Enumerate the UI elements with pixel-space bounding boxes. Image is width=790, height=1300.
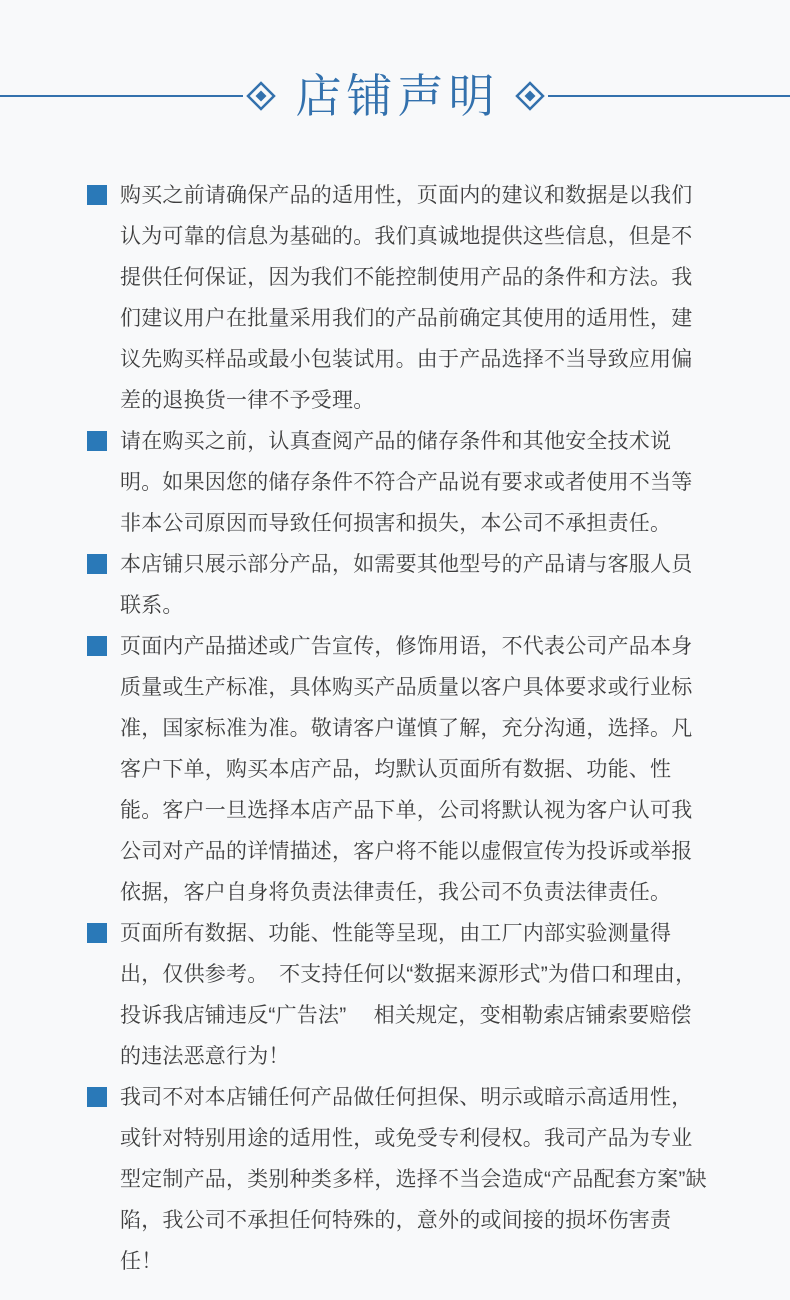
header-rule-left — [0, 95, 243, 98]
header: 店铺声明 — [0, 63, 790, 129]
statement-list: 购买之前请确保产品的适用性，页面内的建议和数据是以我们认为可靠的信息为基础的。我… — [0, 129, 790, 1282]
bullet-square-icon — [87, 1087, 107, 1107]
statement-text: 我司不对本店铺任何产品做任何担保、明示或暗示高适用性，或针对特别用途的适用性，或… — [120, 1077, 712, 1282]
bullet-square-icon — [87, 636, 107, 656]
header-rule-right — [548, 95, 790, 98]
statement-item: 本店铺只展示部分产品，如需要其他型号的产品请与客服人员联系。 — [87, 544, 712, 626]
bullet-square-icon — [87, 554, 107, 574]
page-title: 店铺声明 — [279, 64, 512, 128]
statement-item: 购买之前请确保产品的适用性，页面内的建议和数据是以我们认为可靠的信息为基础的。我… — [87, 175, 712, 421]
bullet-square-icon — [87, 923, 107, 943]
statement-item: 我司不对本店铺任何产品做任何担保、明示或暗示高适用性，或针对特别用途的适用性，或… — [87, 1077, 712, 1282]
diamond-left-icon — [245, 80, 277, 112]
diamond-right-icon — [514, 80, 546, 112]
statement-text: 本店铺只展示部分产品，如需要其他型号的产品请与客服人员联系。 — [120, 544, 712, 626]
statement-text: 页面内产品描述或广告宣传，修饰用语，不代表公司产品本身质量或生产标准，具体购买产… — [120, 626, 712, 913]
statement-text: 购买之前请确保产品的适用性，页面内的建议和数据是以我们认为可靠的信息为基础的。我… — [120, 175, 712, 421]
statement-text: 请在购买之前，认真查阅产品的储存条件和其他安全技术说明。如果因您的储存条件不符合… — [120, 421, 712, 544]
statement-item: 请在购买之前，认真查阅产品的储存条件和其他安全技术说明。如果因您的储存条件不符合… — [87, 421, 712, 544]
bullet-square-icon — [87, 431, 107, 451]
statement-item: 页面内产品描述或广告宣传，修饰用语，不代表公司产品本身质量或生产标准，具体购买产… — [87, 626, 712, 913]
statement-item: 页面所有数据、功能、性能等呈现，由工厂内部实验测量得出，仅供参考。 不支持任何以… — [87, 913, 712, 1077]
bullet-square-icon — [87, 185, 107, 205]
statement-text: 页面所有数据、功能、性能等呈现，由工厂内部实验测量得出，仅供参考。 不支持任何以… — [120, 913, 712, 1077]
